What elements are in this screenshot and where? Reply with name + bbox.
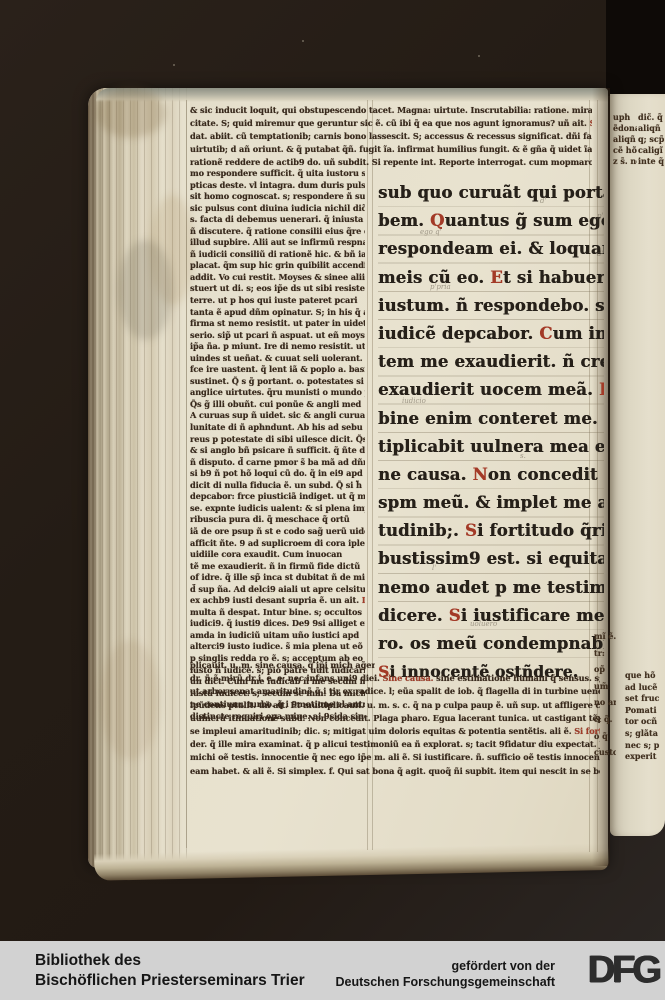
dfg-logo: DFG <box>588 949 659 992</box>
left-gloss-column: mo respondere sufficit. q̃ uita iustoru … <box>190 168 365 722</box>
digitized-manuscript-viewer: & sic inducit loquit, qui obstupescendo … <box>0 0 665 1000</box>
dust-speck <box>302 40 304 42</box>
ruling-line-vertical <box>186 100 187 848</box>
gutter-margin-text-fragment: mĩ ẽ.tr:op̃um̃no ar& q̃.o q̃custo <box>594 628 616 761</box>
library-name: Bibliothek des Bischöflichen Priestersem… <box>35 951 305 991</box>
parchment-stain <box>100 640 160 760</box>
manuscript-photo: & sic inducit loquit, qui obstupescendo … <box>0 0 665 941</box>
funding-credit-line1: gefördert von der <box>336 958 556 974</box>
facing-page-text-fragment: que hõad lucẽset frucPomatitor ocñs; glã… <box>625 670 665 763</box>
background-shadow-strip <box>606 0 665 96</box>
footer-bar: Bibliothek des Bischöflichen Priestersem… <box>0 941 665 1000</box>
top-commentary-text: & sic inducit loquit, qui obstupescendo … <box>190 104 592 168</box>
library-name-line2: Bischöflichen Priesterseminars Trier <box>35 971 305 991</box>
dust-speck <box>478 55 480 57</box>
facing-page-text-fragment: uphẽdonaaliqñ zcẽ hõz s̃. ne <box>613 112 637 167</box>
dust-speck <box>173 64 175 66</box>
funding-credit-line2: Deutschen Forschungsgemeinschaft <box>336 974 556 990</box>
funding-credit: gefördert von der Deutschen Forschungsge… <box>336 958 556 990</box>
facing-page-text-fragment: dic̃. q̃aliqñq; scp̃caligĩinte q̃ <box>638 112 665 167</box>
parchment-stain <box>118 240 173 340</box>
library-name-line1: Bibliothek des <box>35 951 305 971</box>
parchment-stain <box>96 88 166 138</box>
bottom-commentary-text: plicauit. u. m. sine causa. q̃ ip̃i mich… <box>190 659 600 778</box>
page-stack-top-edge <box>96 88 608 102</box>
bible-text-column: sub quo curuãt qui portant orbem. Quantu… <box>378 179 604 658</box>
